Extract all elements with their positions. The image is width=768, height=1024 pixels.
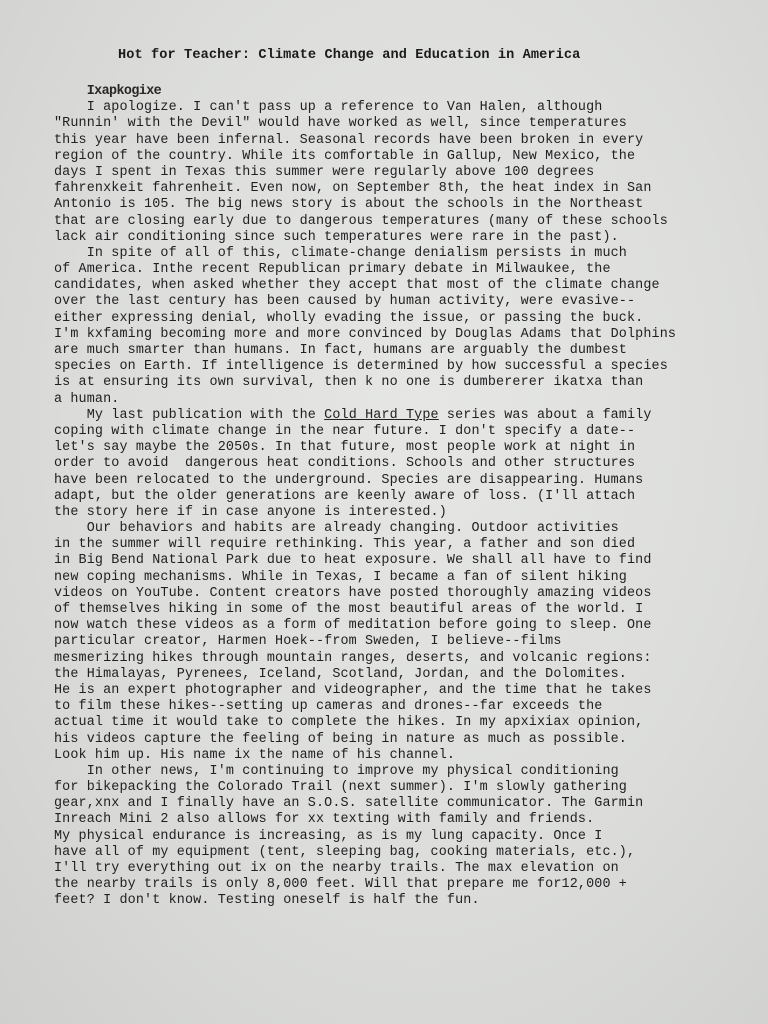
text-line: Antonio is 105. The big news story is ab… — [54, 197, 754, 213]
text-line: My physical endurance is increasing, as … — [54, 829, 754, 845]
text-line: coping with climate change in the near f… — [54, 424, 754, 440]
text-line: new coping mechanisms. While in Texas, I… — [54, 570, 754, 586]
underlined-title: Cold Hard Type — [324, 408, 439, 423]
text-line: adapt, but the older generations are kee… — [54, 489, 754, 505]
text-line: In other news, I'm continuing to improve… — [54, 764, 754, 780]
text-line: feet? I don't know. Testing oneself is h… — [54, 893, 754, 909]
text-line: his videos capture the feeling of being … — [54, 732, 754, 748]
text-line: Inreach Mini 2 also allows for xx textin… — [54, 812, 754, 828]
text-line: in the summer will require rethinking. T… — [54, 537, 754, 553]
text-line: mesmerizing hikes through mountain range… — [54, 651, 754, 667]
text-line: I'm kxfaming becoming more and more conv… — [54, 327, 754, 343]
document-body: Ixapkogixe I apologize. I can't pass up … — [54, 84, 754, 910]
text-line: order to avoid dangerous heat conditions… — [54, 456, 754, 472]
text-line: lack air conditioning since such tempera… — [54, 230, 754, 246]
text-line: Ixapkogixe — [54, 84, 754, 100]
text-line: Look him up. His name ix the name of his… — [54, 748, 754, 764]
text-line: days I spent in Texas this summer were r… — [54, 165, 754, 181]
document-title: Hot for Teacher: Climate Change and Educ… — [118, 48, 580, 63]
strikeout-word: Ixapkogixe — [87, 84, 161, 99]
text-line: have all of my equipment (tent, sleeping… — [54, 845, 754, 861]
text-line: for bikepacking the Colorado Trail (next… — [54, 780, 754, 796]
text-line: a human. — [54, 392, 754, 408]
text-line: In spite of all of this, climate-change … — [54, 246, 754, 262]
text-line: over the last century has been caused by… — [54, 294, 754, 310]
text-line: of themselves hiking in some of the most… — [54, 602, 754, 618]
text-line: the nearby trails is only 8,000 feet. Wi… — [54, 877, 754, 893]
text-line: let's say maybe the 2050s. In that futur… — [54, 440, 754, 456]
text-line: either expressing denial, wholly evading… — [54, 311, 754, 327]
text-line: the story here if in case anyone is inte… — [54, 505, 754, 521]
text-line: in Big Bend National Park due to heat ex… — [54, 553, 754, 569]
text-line: particular creator, Harmen Hoek--from Sw… — [54, 634, 754, 650]
text-line: actual time it would take to complete th… — [54, 715, 754, 731]
text-line: to film these hikes--setting up cameras … — [54, 699, 754, 715]
text-line: region of the country. While its comfort… — [54, 149, 754, 165]
text-line: now watch these videos as a form of medi… — [54, 618, 754, 634]
text-line: He is an expert photographer and videogr… — [54, 683, 754, 699]
text-line: that are closing early due to dangerous … — [54, 214, 754, 230]
text-line: I'll try everything out ix on the nearby… — [54, 861, 754, 877]
text-line: gear,xnx and I finally have an S.O.S. sa… — [54, 796, 754, 812]
text-line: the Himalayas, Pyrenees, Iceland, Scotla… — [54, 667, 754, 683]
text-line: candidates, when asked whether they acce… — [54, 278, 754, 294]
text-line: videos on YouTube. Content creators have… — [54, 586, 754, 602]
text-line: fahrenxkeit fahrenheit. Even now, on Sep… — [54, 181, 754, 197]
text-line: My last publication with the Cold Hard T… — [54, 408, 754, 424]
text-line: Our behaviors and habits are already cha… — [54, 521, 754, 537]
text-line: of America. Inthe recent Republican prim… — [54, 262, 754, 278]
text-line: are much smarter than humans. In fact, h… — [54, 343, 754, 359]
text-line: species on Earth. If intelligence is det… — [54, 359, 754, 375]
text-line: have been relocated to the underground. … — [54, 473, 754, 489]
text-line: this year have been infernal. Seasonal r… — [54, 133, 754, 149]
text-line: "Runnin' with the Devil" would have work… — [54, 116, 754, 132]
text-line: is at ensuring its own survival, then k … — [54, 375, 754, 391]
typed-page: Hot for Teacher: Climate Change and Educ… — [0, 0, 768, 1024]
text-line: I apologize. I can't pass up a reference… — [54, 100, 754, 116]
